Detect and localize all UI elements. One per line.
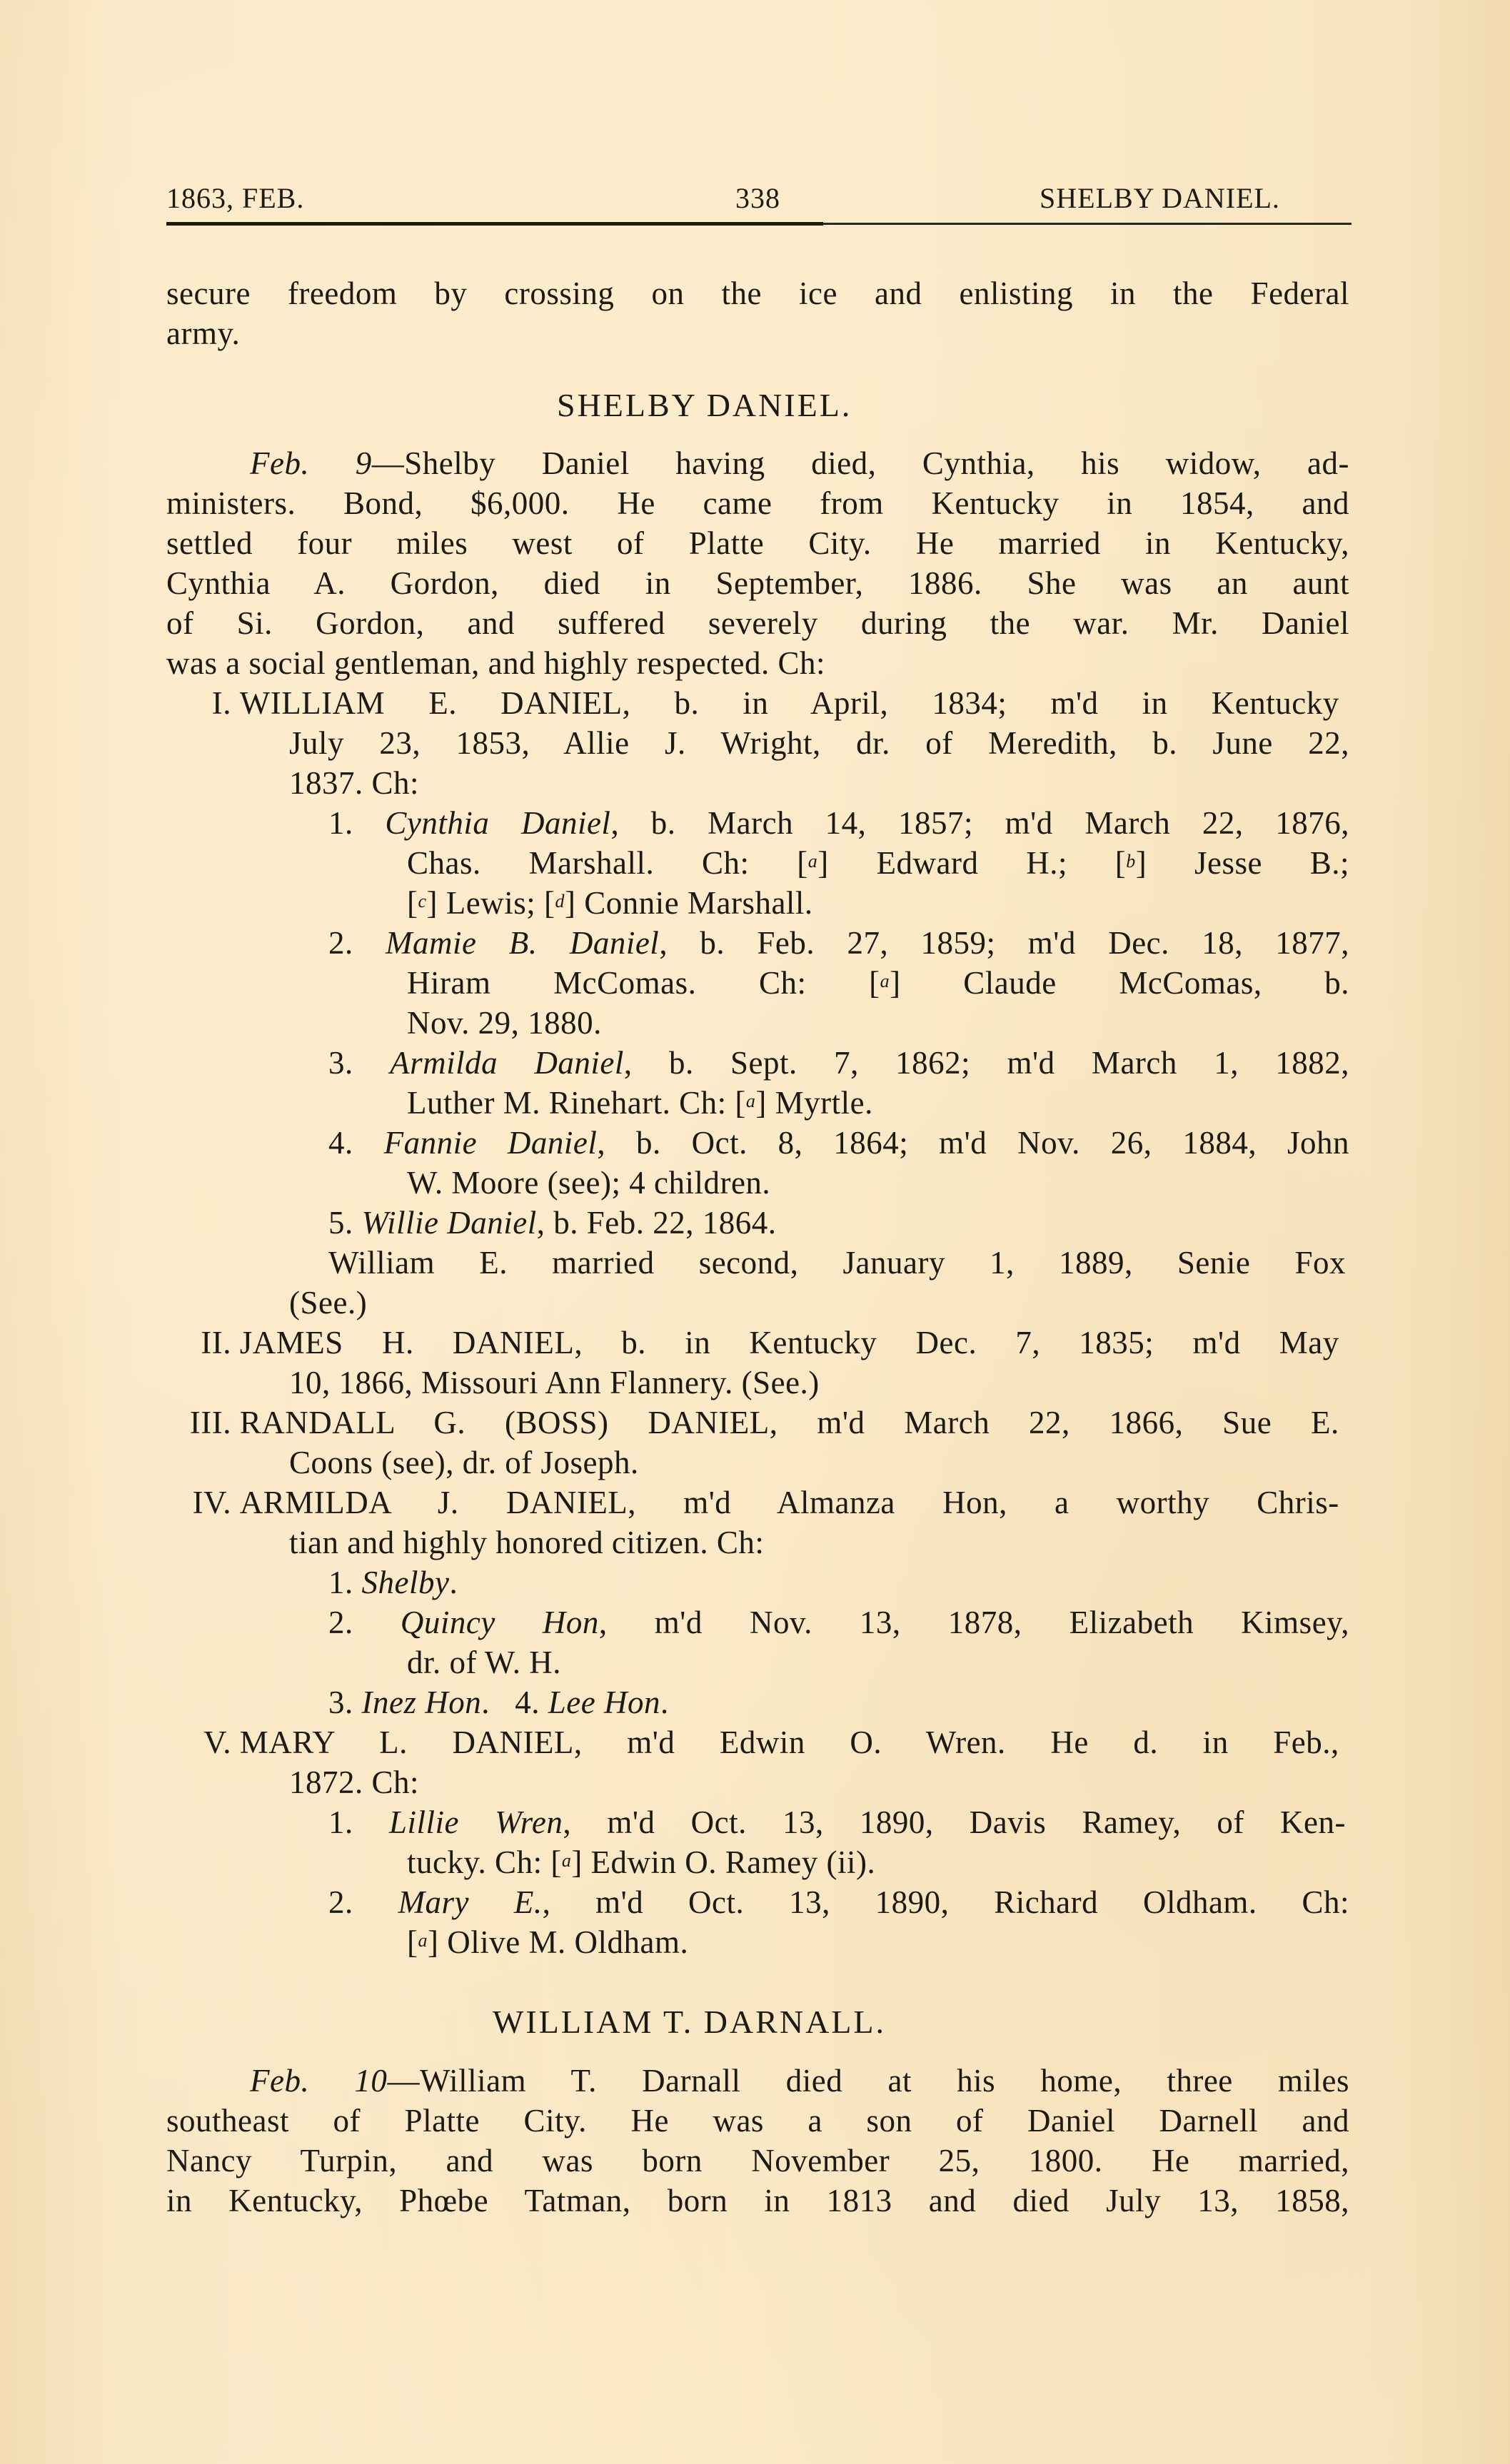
roman-numeral: III. [171,1403,231,1443]
grandchild-entry: 3. Inez Hon. 4. Lee Hon. [328,1682,669,1722]
header-rule [166,222,823,226]
grandchild-number: 3. [328,1045,353,1081]
grandchild-name: Mamie B. Daniel [386,925,659,961]
header-rule-thin [823,223,1352,225]
child-entry-cont: 1837. Ch: [289,763,419,803]
grandchild-entry: 1. Shelby. [328,1562,458,1602]
continuation-line: army. [166,313,240,353]
paragraph-line: in Kentucky, Phœbe Tatman, born in 1813 … [166,2181,1349,2221]
grandchild-entry: 1. Lillie Wren, m'd Oct. 13, 1890, Davis… [328,1802,1346,1842]
paragraph-line: Feb. 10—William T. Darnall died at his h… [250,2061,1349,2101]
paragraph-line: ministers. Bond, $6,000. He came from Ke… [166,483,1349,523]
grandchild-cont: Nov. 29, 1880. [407,1003,602,1043]
grandchild-number: 1. [328,1804,353,1840]
grandchild-name: Cynthia Daniel [385,805,610,841]
paragraph-line: was a social gentleman, and highly respe… [166,643,825,683]
note-line: (See.) [289,1283,367,1323]
grandchild-name: Quincy Hon [401,1605,599,1640]
paragraph-line: southeast of Platte City. He was a son o… [166,2101,1349,2141]
grandchild-name: Shelby [362,1565,450,1600]
child-entry-III: III. RANDALL G. (BOSS) DANIEL, m'd March… [171,1403,1349,1443]
grandchild-number: 2. [328,1884,353,1920]
grandchild-cont: tucky. Ch: [a] Edwin O. Ramey (ii). [407,1842,875,1882]
child-entry-cont: tian and highly honored citizen. Ch: [289,1523,764,1562]
continuation-line: secure freedom by crossing on the ice an… [166,273,1349,313]
grandchild-name: Fannie Daniel [384,1125,598,1161]
note-line: William E. married second, January 1, 18… [328,1243,1346,1283]
section-title: SHELBY DANIEL. [557,385,852,425]
grandchild-entry: 4. Fannie Daniel, b. Oct. 8, 1864; m'd N… [328,1123,1349,1163]
paragraph-line: Nancy Turpin, and was born November 25, … [166,2141,1349,2181]
section-title: WILLIAM T. DARNALL. [493,2002,886,2042]
paragraph-line: settled four miles west of Platte City. … [166,523,1349,563]
grandchild-name: Inez Hon [362,1685,482,1720]
grandchild-number: 2. [328,1605,353,1640]
child-entry-IV: IV. ARMILDA J. DANIEL, m'd Almanza Hon, … [171,1483,1349,1523]
grandchild-name: Willie Daniel [362,1205,537,1241]
grandchild-number: 1. [328,1565,353,1600]
entry-date: Feb. 9 [250,445,372,481]
grandchild-cont: W. Moore (see); 4 children. [407,1163,770,1203]
grandchild-name: Lillie Wren [389,1804,563,1840]
grandchild-number: 1. [328,805,353,841]
grandchild-number: 4. [328,1125,353,1161]
grandchild-entry: 5. Willie Daniel, b. Feb. 22, 1864. [328,1203,776,1243]
grandchild-cont: Chas. Marshall. Ch: [a] Edward H.; [b] J… [407,843,1349,883]
grandchild-name: Lee Hon [548,1685,660,1720]
paragraph-line: Feb. 9—Shelby Daniel having died, Cynthi… [250,443,1349,483]
grandchild-entry: 1. Cynthia Daniel, b. March 14, 1857; m'… [328,803,1349,843]
grandchild-number: 3. [328,1685,353,1720]
grandchild-number: 5. [328,1205,353,1241]
child-entry-cont: 1872. Ch: [289,1762,419,1802]
roman-numeral: I. [171,683,231,723]
paragraph-line: Cynthia A. Gordon, died in September, 18… [166,563,1349,603]
child-entry-cont: July 23, 1853, Allie J. Wright, dr. of M… [289,723,1349,763]
grandchild-cont: Hiram McComas. Ch: [a] Claude McComas, b… [407,963,1349,1003]
grandchild-entry: 2. Mary E., m'd Oct. 13, 1890, Richard O… [328,1882,1349,1922]
child-entry-cont: 10, 1866, Missouri Ann Flannery. (See.) [289,1363,820,1403]
paragraph-line: of Si. Gordon, and suffered severely dur… [166,603,1349,643]
grandchild-cont: [c] Lewis; [d] Connie Marshall. [407,883,813,923]
entry-date: Feb. 10 [250,2063,387,2099]
child-entry-cont: Coons (see), dr. of Joseph. [289,1443,639,1483]
roman-numeral: V. [171,1722,231,1762]
grandchild-number: 2. [328,925,353,961]
child-entry-V: V. MARY L. DANIEL, m'd Edwin O. Wren. He… [171,1722,1349,1762]
book-page: 1863, FEB. 338 SHELBY DANIEL. secure fre… [0,0,1510,2464]
grandchild-name: Armilda Daniel [390,1045,624,1081]
roman-numeral: IV. [171,1483,231,1523]
grandchild-name: Mary E. [398,1884,543,1920]
grandchild-cont: Luther M. Rinehart. Ch: [a] Myrtle. [407,1083,873,1123]
grandchild-number: 4. [515,1685,540,1720]
grandchild-cont: dr. of W. H. [407,1642,561,1682]
grandchild-entry: 2. Quincy Hon, m'd Nov. 13, 1878, Elizab… [328,1602,1349,1642]
child-entry-II: II. JAMES H. DANIEL, b. in Kentucky Dec.… [171,1323,1349,1363]
grandchild-cont: [a] Olive M. Oldham. [407,1922,688,1962]
grandchild-entry: 2. Mamie B. Daniel, b. Feb. 27, 1859; m'… [328,923,1349,963]
roman-numeral: II. [171,1323,231,1363]
header-left: 1863, FEB. [166,178,304,218]
header-right: SHELBY DANIEL. [1040,178,1280,218]
page-number: 338 [735,178,780,218]
grandchild-entry: 3. Armilda Daniel, b. Sept. 7, 1862; m'd… [328,1043,1349,1083]
child-entry-I: I. WILLIAM E. DANIEL, b. in April, 1834;… [171,683,1349,723]
